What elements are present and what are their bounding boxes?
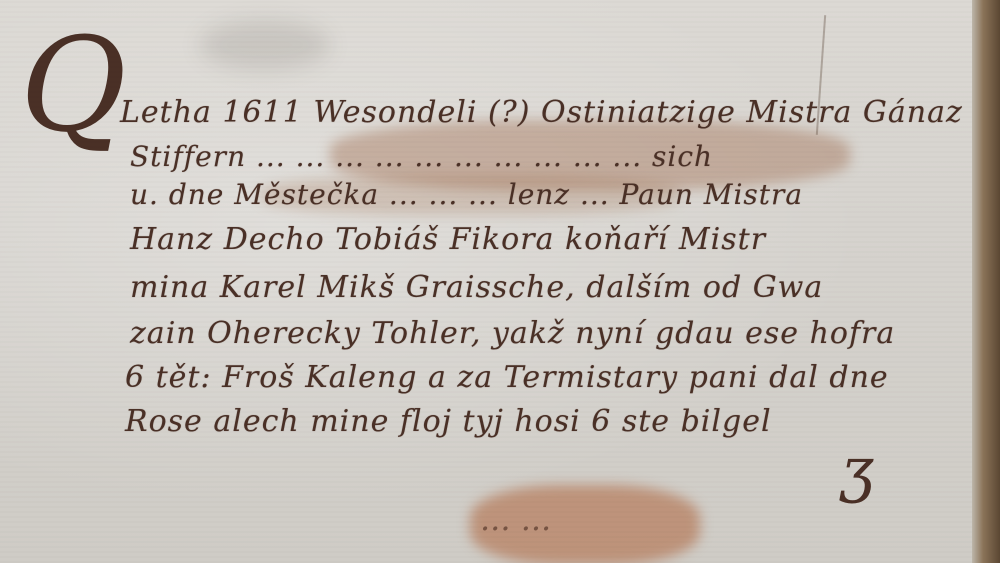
manuscript-line-4: Hanz Decho Tobiáš Fikora koňaří Mistr <box>130 222 766 257</box>
manuscript-line-1: Letha 1611 Wesondeli (?) Ostiniatzige Mi… <box>120 95 963 130</box>
manuscript-line-7: 6 tět: Froš Kaleng a za Termistary pani … <box>125 360 889 395</box>
damage-stain <box>470 485 700 563</box>
manuscript-line-5: mina Karel Mikš Graissche, dalším od Gwa <box>130 270 823 305</box>
water-stain <box>260 175 680 215</box>
decorated-initial: Q <box>20 20 127 150</box>
manuscript-page: Q Letha 1611 Wesondeli (?) Ostiniatzige … <box>0 0 975 563</box>
ink-smudge <box>200 20 330 70</box>
manuscript-line-6: zain Oherecky Tohler, yakž nyní gdau ese… <box>130 316 895 351</box>
faded-bottom-text: ... ... <box>480 500 551 538</box>
manuscript-line-2: Stiffern ... ... ... ... ... ... ... ...… <box>130 140 713 173</box>
page-edge <box>972 0 1000 563</box>
manuscript-line-8: Rose alech mine floj tyj hosi 6 ste bilg… <box>125 404 772 439</box>
paper-crease <box>816 15 826 135</box>
closing-flourish: ʒ <box>840 435 874 505</box>
water-stain <box>330 120 850 190</box>
manuscript-line-3: u. dne Městečka ... ... ... lenz ... Pau… <box>130 178 803 211</box>
